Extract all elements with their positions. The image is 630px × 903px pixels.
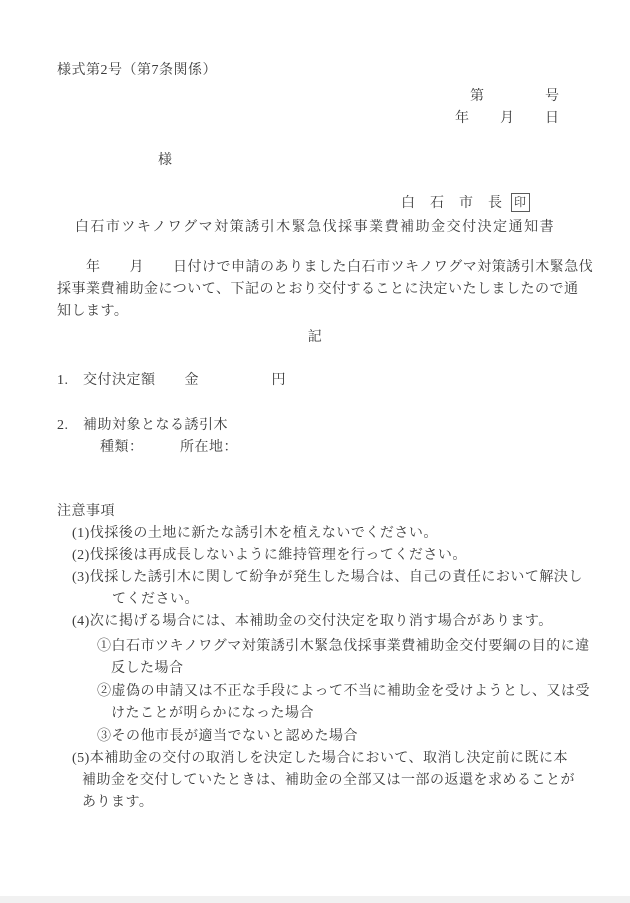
note-line: (3)伐採した誘引木に関して紛争が発生した場合は、自己の責任において解決し [72, 568, 583, 588]
item-grant-amount: 1. 交付決定額 金 円 [57, 371, 286, 391]
document-title: 白石市ツキノワグマ対策誘引木緊急伐採事業費補助金交付決定通知書 [0, 218, 630, 238]
note-subitem: ②虚偽の申請又は不正な手段によって不当に補助金を受けようとし、又は受 [97, 682, 590, 702]
note-line-continuation: 補助金を交付していたときは、補助金の全部又は一部の返還を求めることが [82, 771, 575, 791]
date-line: 年 月 日 [455, 109, 560, 129]
form-number: 様式第2号（第7条関係） [57, 61, 217, 81]
document-page: 様式第2号（第7条関係） 第 号 年 月 日 様 白 石 市 長印 白石市ツキノ… [0, 0, 630, 903]
item-target-trees-detail: 種類： 所在地： [100, 438, 238, 458]
issuer-title: 白 石 市 長 [401, 196, 503, 211]
note-line-continuation: あります。 [82, 793, 153, 813]
record-marker: 記 [0, 328, 630, 348]
note-line: (1)伐採後の土地に新たな誘引木を植えないでください。 [72, 524, 438, 544]
item-target-trees: 2. 補助対象となる誘引木 [57, 416, 228, 436]
body-line: 採事業費補助金について、下記のとおり交付することに決定いたしましたので通 [57, 280, 578, 300]
body-line: 年 月 日付けで申請のありました白石市ツキノワグマ対策誘引木緊急伐 [57, 258, 593, 278]
notes-heading: 注意事項 [57, 502, 115, 522]
note-line: (5)本補助金の交付の取消しを決定した場合において、取消し決定前に既に本 [72, 749, 568, 769]
note-line: (2)伐採後は再成長しないように維持管理を行ってください。 [72, 546, 467, 566]
page-bottom-edge [0, 896, 630, 903]
document-number-line: 第 号 [470, 87, 560, 107]
note-subitem: ③その他市長が適当でないと認めた場合 [97, 727, 358, 747]
note-subitem: ①白石市ツキノワグマ対策誘引木緊急伐採事業費補助金交付要綱の目的に違 [97, 637, 590, 657]
note-line: (4)次に掲げる場合には、本補助金の交付決定を取り消す場合があります。 [72, 612, 553, 632]
note-line-continuation: てください。 [112, 590, 199, 610]
note-subitem-continuation: 反した場合 [111, 659, 184, 679]
addressee-suffix: 様 [158, 151, 173, 171]
note-subitem-continuation: けたことが明らかになった場合 [111, 704, 314, 724]
seal-mark: 印 [511, 193, 530, 212]
body-line: 知します。 [57, 302, 128, 322]
